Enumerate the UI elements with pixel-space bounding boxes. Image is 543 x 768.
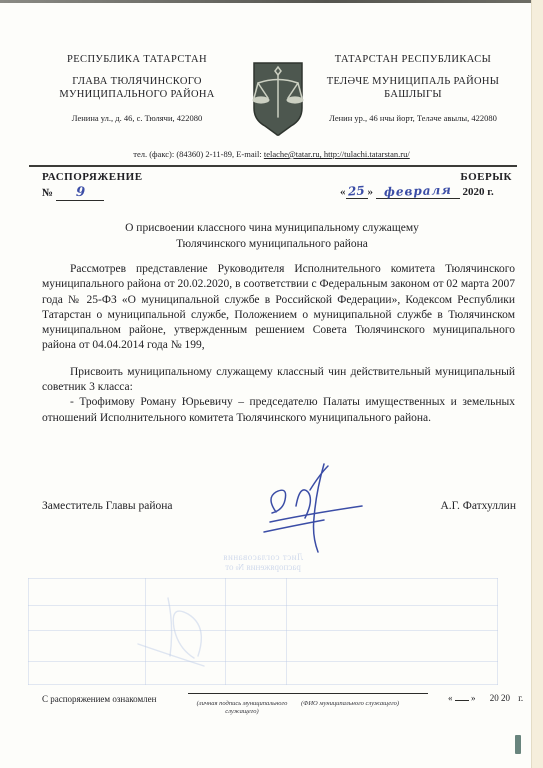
org-name-ru: ГЛАВА ТЮЛЯЧИНСКОГО МУНИЦИПАЛЬНОГО РАЙОНА (28, 75, 246, 101)
body-paragraph-1: Рассмотрев представление Руководителя Ис… (42, 262, 515, 354)
scan-edge-top (0, 0, 543, 3)
doc-date-row: «25» февраля 2020 г. (340, 184, 516, 199)
scan-edge-right (531, 0, 543, 768)
ack-quote-open: « (448, 693, 453, 703)
acknowledgement-date: « » 20 20 г. (448, 693, 523, 703)
org-name-tt: ТЕЛӘЧЕ МУНИЦИПАЛЬ РАЙОНЫ БАШЛЫГЫ (300, 75, 526, 101)
ack-year: 20 20 (490, 693, 510, 703)
doc-number-row: №9 (42, 185, 104, 201)
signer-position: Заместитель Главы района (42, 500, 172, 512)
document-title: О присвоении классного чина муниципально… (62, 221, 482, 252)
org-address-ru: Ленина ул., д. 46, с. Тюлячи, 422080 (28, 113, 246, 123)
letterhead-left: РЕСПУБЛИКА ТАТАРСТАН ГЛАВА ТЮЛЯЧИНСКОГО … (28, 54, 246, 123)
caption-full-name: (ФИО муниципального служащего) (300, 700, 400, 708)
doc-type-ru: РАСПОРЯЖЕНИЕ (42, 171, 143, 183)
doc-number-handwritten: 9 (75, 185, 85, 200)
bleed-title-line2: распоряжения № от (28, 562, 498, 572)
date-month-handwritten: февраля (384, 183, 452, 199)
republic-name-tt: ТАТАРСТАН РЕСПУБЛИКАСЫ (300, 54, 526, 65)
document-title-line2: Тюлячинского муниципального района (62, 237, 482, 253)
org-address-tt: Ленин ур., 46 нчы йорт, Теләче авылы, 42… (300, 113, 526, 123)
ack-year-suffix: г. (518, 693, 523, 703)
letterhead-right: ТАТАРСТАН РЕСПУБЛИКАСЫ ТЕЛӘЧЕ МУНИЦИПАЛЬ… (300, 54, 526, 123)
caption-personal-signature: (личная подпись муниципального служащего… (196, 700, 288, 716)
coat-of-arms-icon (250, 60, 306, 140)
body-paragraph-2: Присвоить муниципальному служащему класс… (42, 365, 515, 396)
date-day-handwritten: 25 (348, 183, 366, 198)
document-body: Рассмотрев представление Руководителя Ис… (42, 262, 515, 426)
number-sign: № (42, 187, 53, 199)
bleed-title-line1: Лист согласования (28, 552, 498, 562)
body-paragraph-3: - Трофимову Роману Юрьевичу – председате… (42, 395, 515, 426)
contact-links: telache@tatar.ru, http://tulachi.tatarst… (264, 149, 410, 159)
document-title-line1: О присвоении классного чина муниципально… (62, 221, 482, 237)
doc-type-tt: БОЕРЫК (380, 171, 512, 183)
signer-name: А.Г. Фатхуллин (400, 500, 516, 512)
scan-corner-mark-icon (515, 735, 521, 754)
republic-name-ru: РЕСПУБЛИКА ТАТАРСТАН (28, 54, 246, 65)
header-divider (29, 165, 517, 167)
acknowledgement-signature-line (188, 693, 428, 694)
contact-prefix: тел. (факс): (84360) 2-11-89, E-mail: (133, 149, 264, 159)
acknowledgement-label: С распоряжением ознакомлен (42, 694, 156, 704)
scanned-document-page: РЕСПУБЛИКА ТАТАРСТАН ГЛАВА ТЮЛЯЧИНСКОГО … (0, 0, 543, 768)
date-quote-close: » (368, 186, 374, 198)
ack-quote-close: » (471, 693, 476, 703)
signature-ink-icon (258, 460, 378, 560)
contact-line: тел. (факс): (84360) 2-11-89, E-mail: te… (0, 149, 543, 159)
bleed-through-reverse-side: Лист согласования распоряжения № от (28, 552, 498, 690)
date-year: 2020 г. (463, 186, 494, 198)
bleed-table (28, 578, 498, 685)
bleed-signature-scribble (128, 586, 218, 672)
